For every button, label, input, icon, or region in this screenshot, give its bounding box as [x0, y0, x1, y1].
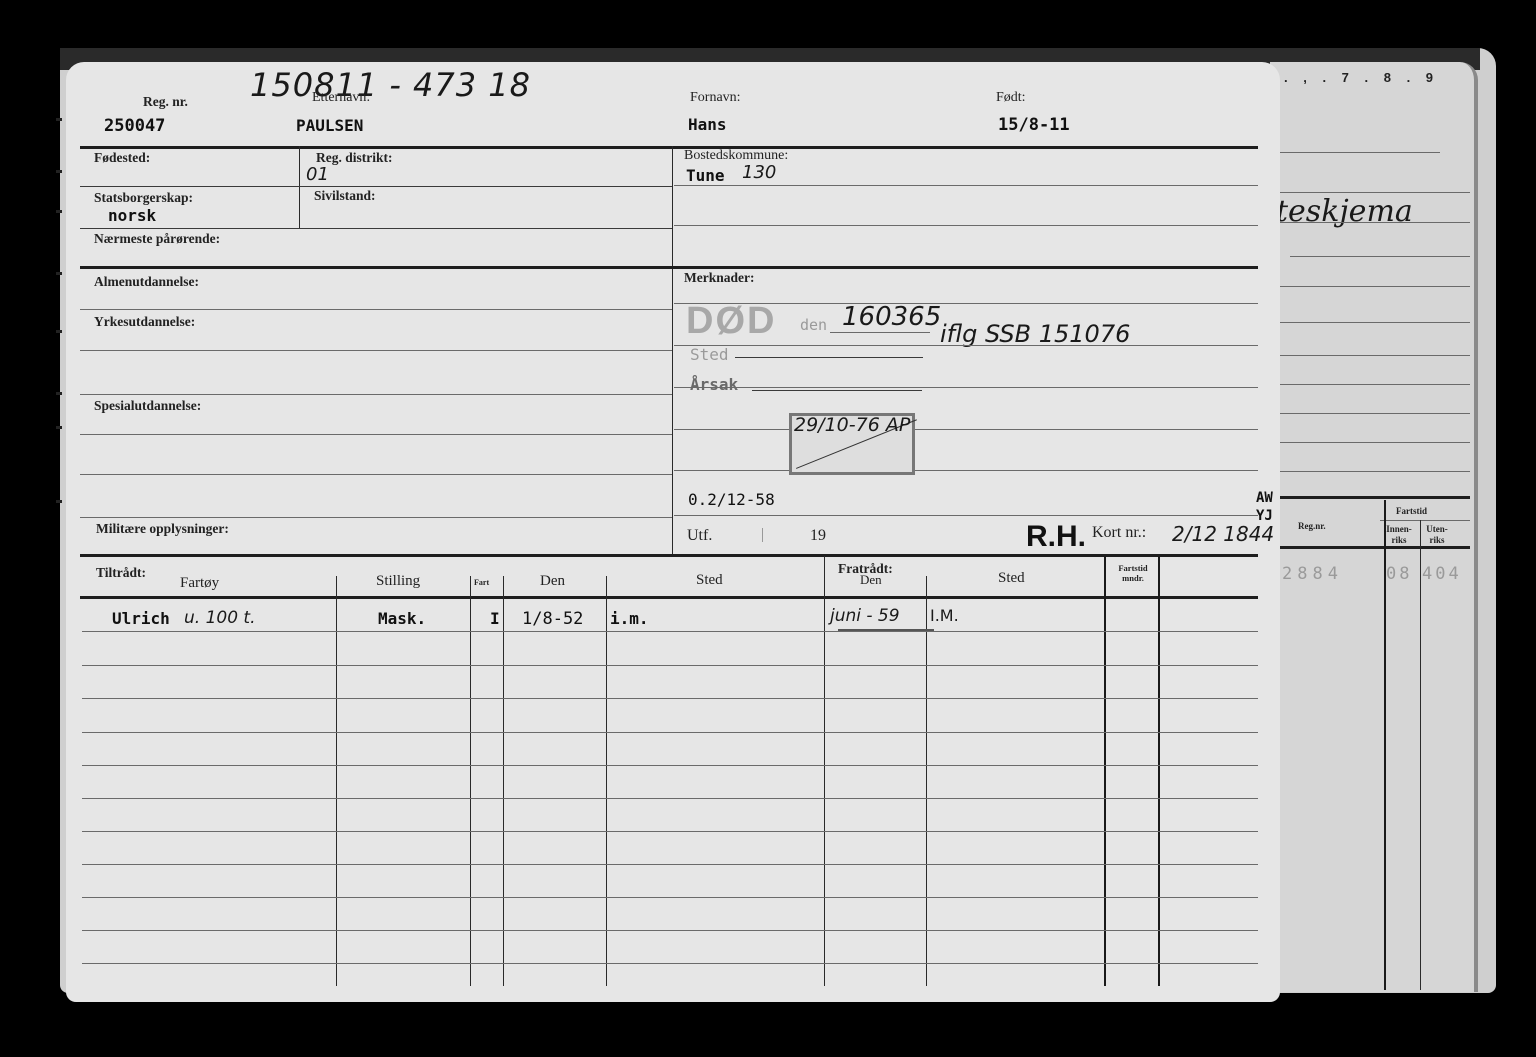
reg-nr-label: Reg. nr.: [143, 94, 188, 110]
initials-stamp: R.H.: [1026, 520, 1086, 554]
col-fartstid-mndr: Fartstid mndr.: [1110, 563, 1156, 583]
col-fratradt-sted: Sted: [998, 570, 1025, 587]
kort-nr-label: Kort nr.:: [1092, 524, 1146, 542]
bostedskommune-value: Tune: [686, 166, 725, 185]
statsborgerskap-value: norsk: [108, 206, 156, 225]
back-utenriks-label: Uten-riks: [1420, 524, 1454, 546]
reg-nr-value: 250047: [104, 116, 165, 136]
col-stilling: Stilling: [376, 573, 420, 590]
side-code-yj: YJ: [1256, 508, 1273, 524]
o-note: 0.2/12-58: [688, 490, 775, 509]
arsak-label: Årsak: [690, 375, 738, 394]
back-innenriks-label: Innen-riks: [1382, 524, 1416, 546]
etternavn-value: PAULSEN: [296, 116, 363, 135]
back-card-top-digits: . , . 7 . 8 . 9: [1284, 70, 1439, 85]
col-fratradt-den: Den: [860, 572, 882, 588]
back-card-handwritten: teskjema: [1276, 194, 1413, 229]
spesialutdannelse-label: Spesialutdannelse:: [94, 398, 201, 414]
back-innenriks-value: 08: [1386, 564, 1412, 584]
fodt-label: Født:: [996, 90, 1026, 106]
back-utenriks-value: 404: [1422, 564, 1462, 584]
almenutdannelse-label: Almenutdannelse:: [94, 274, 199, 290]
utf-label: Utf.: [687, 527, 712, 545]
fodt-value: 15/8-11: [998, 115, 1070, 135]
processed-stamp-box: 29/10-76 AP: [789, 413, 915, 475]
bostedskommune-code: 130: [742, 162, 776, 183]
dod-date: 160365: [842, 302, 941, 332]
back-fartstid-label: Fartstid: [1396, 506, 1427, 516]
row-fratradt-sted: I.M.: [930, 606, 959, 625]
row-fratradt-den: juni - 59: [830, 606, 900, 626]
row-fartoy: Ulrich: [112, 609, 170, 628]
side-code-aw: AW: [1256, 490, 1273, 506]
back-reg-nr-label: Reg.nr.: [1298, 521, 1326, 531]
row-sted: i.m.: [610, 609, 649, 628]
col-tiltradt-den: Den: [540, 573, 565, 590]
dod-stamp: DØD: [686, 300, 776, 343]
etternavn-label: Etternavn:: [312, 90, 370, 106]
col-fartoy: Fartøy: [180, 575, 219, 592]
col-tiltradt-sted: Sted: [696, 572, 723, 589]
processed-stamp-text: 29/10-76 AP: [794, 414, 910, 436]
row-fartoy-note: u. 100 t.: [184, 608, 256, 628]
naermeste-parorende-label: Nærmeste pårørende:: [94, 231, 220, 247]
row-fart: I: [490, 609, 500, 628]
fornavn-value: Hans: [688, 115, 727, 134]
den-label: den: [800, 316, 827, 334]
sivilstand-label: Sivilstand:: [314, 188, 376, 204]
tiltradt-label: Tiltrådt:: [96, 565, 146, 581]
utf-year-prefix: 19: [810, 527, 826, 545]
statsborgerskap-label: Statsborgerskap:: [94, 190, 193, 206]
militaere-opplysninger-label: Militære opplysninger:: [96, 521, 229, 537]
merknader-label: Merknader:: [684, 270, 754, 286]
col-fart: Fart: [474, 578, 489, 587]
yrkesutdannelse-label: Yrkesutdannelse:: [94, 314, 195, 330]
row-stilling: Mask.: [378, 609, 426, 628]
kort-nr-value: 2/12 1844: [1172, 522, 1274, 546]
back-reg-nr-value: 2884: [1282, 564, 1343, 584]
fodested-label: Fødested:: [94, 150, 150, 166]
ssb-source-note: iflg SSB 151076: [940, 320, 1130, 348]
fornavn-label: Fornavn:: [690, 90, 741, 106]
reg-distrikt-value: 01: [306, 164, 329, 185]
back-card-visible-portion: . , . 7 . 8 . 9 teskjema Fartstid Reg.nr…: [1270, 62, 1478, 992]
handwritten-card-id: 150811 - 473 18: [250, 66, 531, 104]
row-den: 1/8-52: [522, 609, 583, 629]
sted-label: Sted: [690, 345, 729, 364]
